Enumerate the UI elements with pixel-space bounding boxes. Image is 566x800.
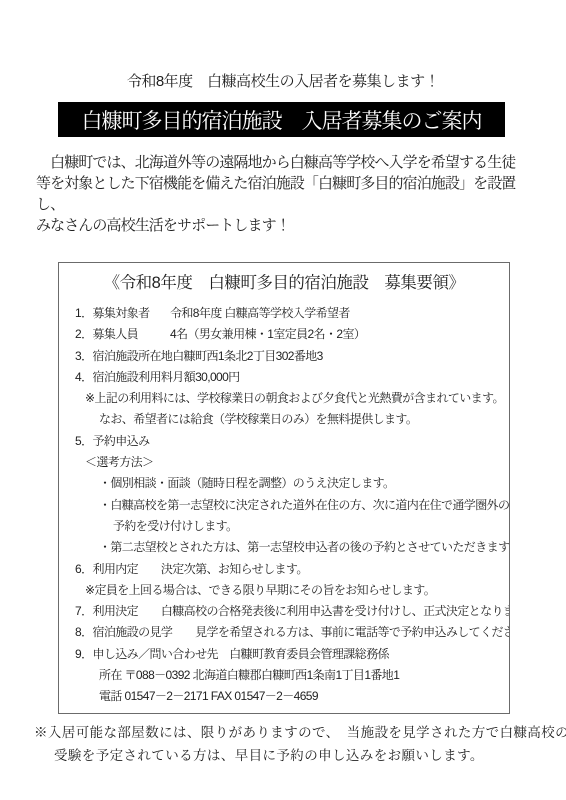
selection-bullet-2-cont: 予約を受け付けします。 [59, 516, 509, 537]
banner-title: 白糠町多目的宿泊施設 入居者募集のご案内 [58, 102, 505, 137]
page-title: 令和8年度 白糠高校生の入居者を募集します！ [0, 72, 566, 91]
selection-bullet-1: ・個別相談・面談（随時日程を調整）のうえ決定します。 [59, 473, 509, 494]
note-fee-includes: ※上記の利用料には、学校稼業日の朝食および夕食代と光熱費が含まれています。 [59, 388, 509, 409]
item-applicants: 1．募集対象者令和8年度 白糠高等学校入学希望者 [59, 303, 509, 324]
item-value: 4名（男女兼用棟・1室定員2名・2室） [170, 327, 365, 341]
recruitment-guidelines-box: 《令和8年度 白糠町多目的宿泊施設 募集要領》 1．募集対象者令和8年度 白糠高… [58, 262, 510, 714]
selection-bullet-2: ・白糠高校を第一志望校に決定された道外在住の方、次に道内在住で通学圏外の方の [59, 495, 509, 516]
item-contact: 9．申し込み／問い合わせ先 白糠町教育委員会管理課総務係 [59, 644, 509, 665]
item-label: 4．宿泊施設利用料 [75, 367, 172, 388]
contact-phone: 電話 01547－2－2171 FAX 01547－2－4659 [59, 686, 509, 707]
item-value: 令和8年度 白糠高等学校入学希望者 [170, 306, 350, 320]
item-label: 1．募集対象者 [75, 303, 170, 324]
item-capacity: 2．募集人員4名（男女兼用棟・1室定員2名・2室） [59, 324, 509, 345]
item-label: 3．宿泊施設所在地 [75, 346, 172, 367]
intro-line: 白糠町では、北海道外等の遠隔地から白糠高等学校へ入学を希望する生徒 [36, 152, 532, 173]
note-line: 受験を予定されている方は、早目に予約の申し込みをお願いします。 [34, 744, 566, 767]
intro-line: みなさんの高校生活をサポートします！ [36, 215, 532, 236]
note-line: ※入居可能な部屋数には、限りがありますので、 当施設を見学された方で白糠高校の [34, 721, 566, 744]
contact-address: 所在 〒088－0392 北海道白糠郡白糠町西1条南1丁目1番地1 [59, 665, 509, 686]
item-label: 2．募集人員 [75, 324, 170, 345]
guidelines-content: 1．募集対象者令和8年度 白糠高等学校入学希望者2．募集人員4名（男女兼用棟・1… [59, 303, 509, 708]
selection-heading: ＜選考方法＞ [59, 452, 509, 473]
item-value: 白糠町西1条北2丁目302番地3 [172, 349, 322, 363]
item-value: 月額30,000円 [172, 370, 239, 384]
item-fee: 4．宿泊施設利用料月額30,000円 [59, 367, 509, 388]
note-meal: なお、希望者には給食（学校稼業日のみ）を無料提供します。 [59, 409, 509, 430]
item-location: 3．宿泊施設所在地白糠町西1条北2丁目302番地3 [59, 346, 509, 367]
intro-paragraph: 白糠町では、北海道外等の遠隔地から白糠高等学校へ入学を希望する生徒等を対象とした… [36, 152, 532, 236]
item-tour: 8．宿泊施設の見学 見学を希望される方は、事前に電話等で予約申込みしてください。 [59, 622, 509, 643]
item-reservation: 5．予約申込み [59, 431, 509, 452]
intro-line: 等を対象とした下宿機能を備えた宿泊施設「白糠町多目的宿泊施設」を設置し、 [36, 173, 532, 215]
note-over-capacity: ※定員を上回る場合は、できる限り早期にその旨をお知らせします。 [59, 580, 509, 601]
item-decision: 6．利用内定 決定次第、お知らせします。 [59, 559, 509, 580]
guidelines-title: 《令和8年度 白糠町多目的宿泊施設 募集要領》 [59, 272, 509, 294]
document-page: 令和8年度 白糠高校生の入居者を募集します！ 白糠町多目的宿泊施設 入居者募集の… [0, 0, 566, 800]
selection-bullet-3: ・第二志望校とされた方は、第一志望校申込者の後の予約とさせていただきます。 [59, 537, 509, 558]
item-final: 7．利用決定 白糠高校の合格発表後に利用申込書を受け付けし、正式決定となります。 [59, 601, 509, 622]
footer-note: ※入居可能な部屋数には、限りがありますので、 当施設を見学された方で白糠高校の受… [34, 721, 566, 767]
